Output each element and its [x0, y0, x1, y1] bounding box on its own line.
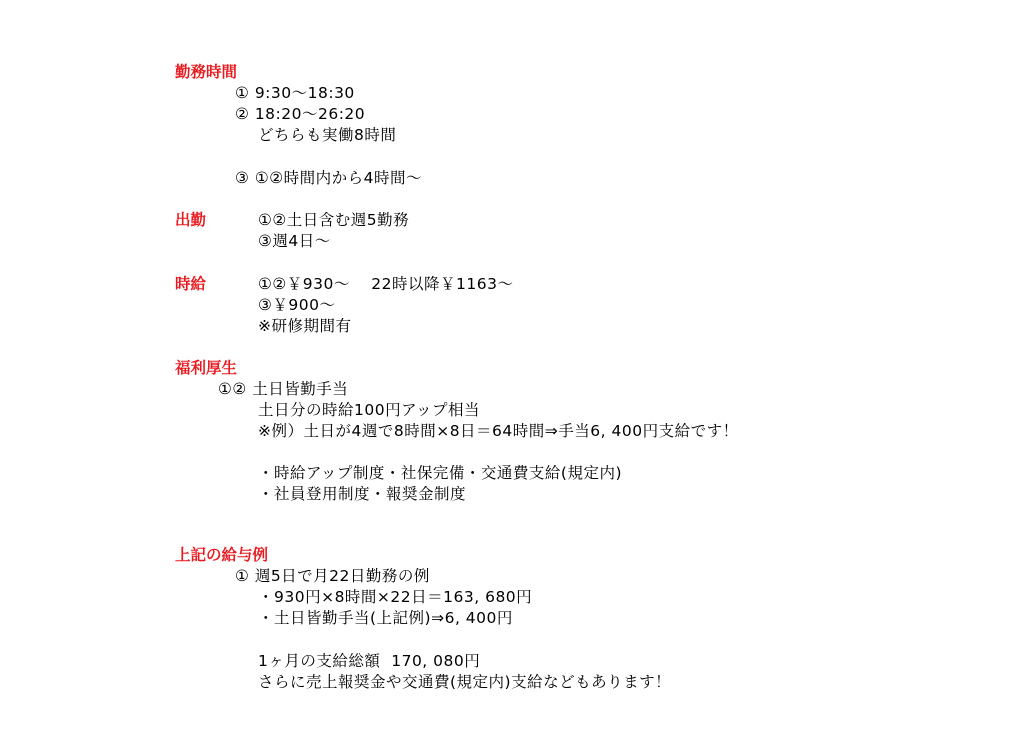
wage-training-note: ※研修期間有: [258, 316, 352, 336]
example-line-1: ① 週5日で月22日勤務の例: [235, 566, 430, 586]
benefits-line-1: ①② 土日皆勤手当: [218, 379, 348, 399]
example-line-3: ・土日皆勤手当(上記例)⇒6, 400円: [258, 608, 513, 628]
heading-wage: 時給: [175, 274, 206, 294]
benefits-example: ※例）土日が4週で8時間×8日＝64時間⇒手当6, 400円支給です！: [258, 421, 739, 441]
wage-line-2: ③￥900〜: [258, 295, 335, 315]
heading-work-hours: 勤務時間: [175, 62, 237, 82]
example-line-2: ・930円×8時間×22日＝163, 680円: [258, 587, 532, 607]
example-total: 1ヶ月の支給総額 170, 080円: [258, 651, 480, 671]
wage-line-1: ①②￥930〜 22時以降￥1163〜: [258, 274, 513, 294]
hours-shift-2: ② 18:20〜26:20: [235, 104, 365, 124]
hours-shift-3: ③ ①②時間内から4時間〜: [235, 168, 422, 188]
attendance-line-1: ①②土日含む週5勤務: [258, 210, 409, 230]
heading-attendance: 出勤: [175, 210, 206, 230]
example-extra: さらに売上報奨金や交通費(規定内)支給などもあります！: [258, 672, 671, 692]
benefits-line-2: 土日分の時給100円アップ相当: [258, 400, 480, 420]
heading-benefits: 福利厚生: [175, 358, 237, 378]
attendance-line-2: ③週4日〜: [258, 231, 331, 251]
hours-note: どちらも実働8時間: [258, 125, 396, 145]
benefits-list-2: ・社員登用制度・報奨金制度: [258, 484, 466, 504]
heading-salary-example: 上記の給与例: [175, 545, 268, 565]
benefits-list-1: ・時給アップ制度・社保完備・交通費支給(規定内): [258, 463, 622, 483]
hours-shift-1: ① 9:30〜18:30: [235, 83, 355, 103]
